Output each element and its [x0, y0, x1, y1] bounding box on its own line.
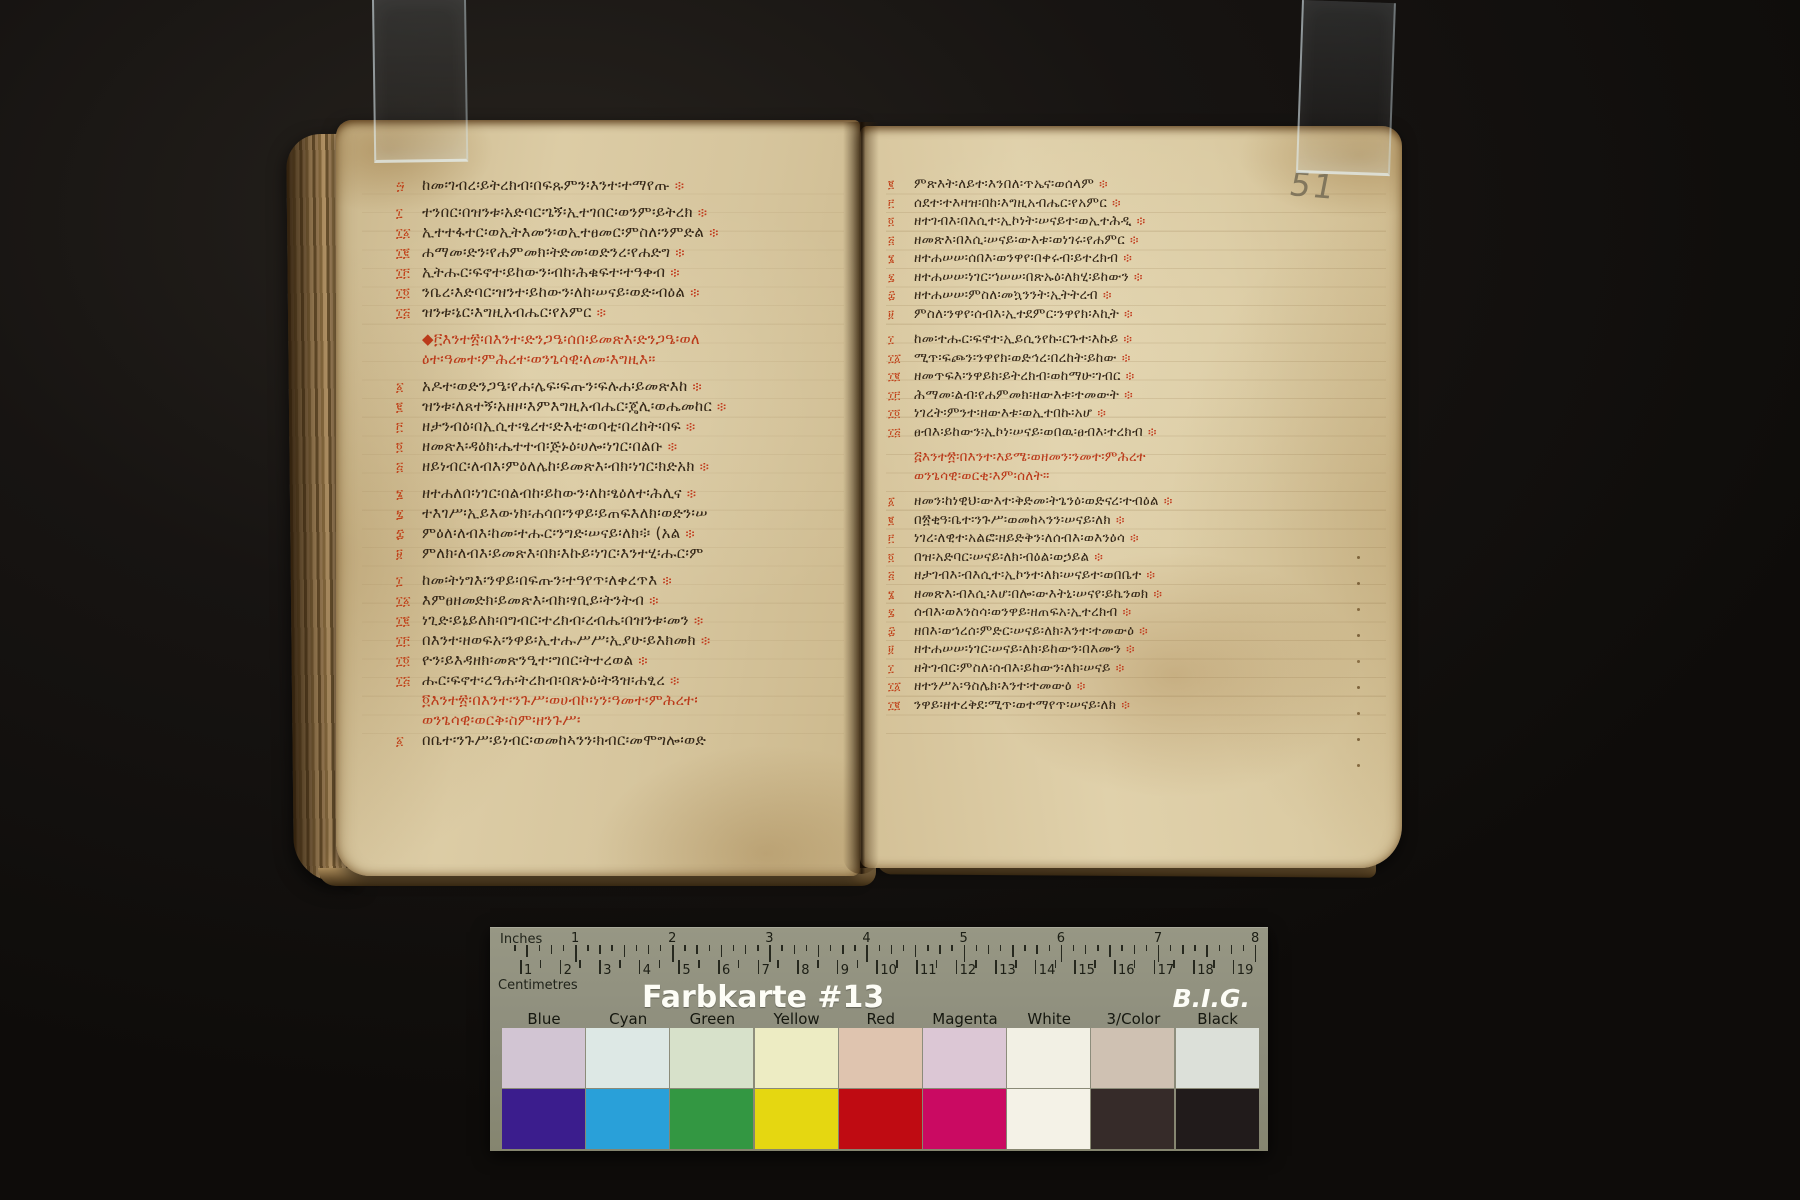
cm-tick [956, 960, 958, 974]
swatch-label: 3/Color [1091, 1010, 1175, 1028]
text-line: ፲፩ሚጥ፡ፍጮን፡ንዋየክ፡ወድኅረ፡በረከት፡ይከው፨ [888, 350, 1358, 369]
text-line: ፲ከመ፡ተሑር፡ፍኖተ፡ኢይሲንየኩ፡ርጉተ፡እኩይ፨ [888, 331, 1358, 350]
inch-tick [879, 945, 881, 951]
line-number: ፯ [396, 507, 422, 522]
line-number: ፪ [396, 400, 422, 415]
glass-strip-right [1296, 0, 1396, 176]
cm-number: 19 [1237, 963, 1254, 978]
line-number: ፲ [888, 662, 914, 676]
line-number: ፬ [888, 215, 914, 229]
text-line: ፯ተእገሥ፡ኢይእውነክ፡ሐሳበ፡ንዋይ፡ይጠፍእለክ፡ወድን፡ሠ [396, 504, 852, 524]
cm-tick [659, 960, 661, 968]
line-text: ዘተሐሠሠ፡ነገር፡ኀሠሠ፡በጽኡዕ፡ለክሂ፡ይከውን [914, 269, 1129, 285]
swatch-top-magenta [923, 1028, 1006, 1088]
line-end-mark: ፨ [649, 594, 659, 609]
line-text: በዝ፡አድባር፡ሠናይ፡ለክ፡ብዕል፡ወኃይል [914, 549, 1089, 565]
line-text: ዝንቱ፡ለጸተኝ፡አዘዞ፡እምእግዚአብሔር፡ጄሊ፡ወሔመከር [422, 397, 712, 415]
line-text: ዘተሐሠሠ፡ምስለ፡መኳንንት፡ኢትትረብ [914, 287, 1098, 303]
text-line: ፪በ፳ቂዓ፡ቤተ፡ንጉሥ፡ወመከኣንን፡ሠናይ፡ለክ፨ [888, 512, 1358, 531]
cm-tick [837, 960, 839, 974]
line-end-mark: ፨ [1154, 587, 1163, 602]
text-line: ፲ዘትገብር፡ምስለ፡ሰብእ፡ይከውን፡ለክ፡ሠናይ፨ [888, 660, 1358, 679]
line-end-mark: ፨ [1164, 494, 1173, 509]
book-gutter [843, 122, 879, 874]
inch-tick [575, 945, 577, 962]
line-text: ተእገሥ፡ኢይእውነክ፡ሐሳበ፡ንዋይ፡ይጠፍእለክ፡ወድን፡ሠ [422, 504, 708, 522]
inch-number: 5 [960, 931, 968, 946]
cm-tick [1154, 960, 1156, 974]
cm-tick [698, 960, 700, 968]
inch-tick [842, 945, 844, 954]
line-text: ዘመጽእ፡በእሲ፡ሠናይ፡ውእቱ፡ወነገሩ፡የሐምር [914, 232, 1125, 248]
text-line: ፭ዘይነብር፡ለብእ፡ምዕለሌከ፡ይመጽእ፡ብክ፡ነገር፡ክድአክ፨ [396, 457, 852, 477]
swatch-label: Blue [502, 1010, 586, 1028]
line-number: ፬ [396, 440, 422, 455]
line-number: ፱ [888, 308, 914, 322]
line-text: ምለክ፡ለብእ፡ይመጽእ፡በክ፡እኩይ፡ነገር፡እንተሂ፡ሑር፡ም [422, 544, 704, 562]
text-line: ፪ዝንቱ፡ለጸተኝ፡አዘዞ፡እምእግዚአብሔር፡ጄሊ፡ወሔመከር፨ [396, 397, 852, 417]
cm-tick [758, 960, 760, 974]
swatch-bottom-cyan [586, 1089, 669, 1149]
swatch-top-yellow [755, 1028, 838, 1088]
line-end-mark: ፨ [1123, 605, 1132, 620]
line-text: ፀብእ፡ይከውን፡ኢኮነ፡ሠናይ፡ወበዉ፡ፀብእ፡ተረክብ [914, 424, 1143, 440]
swatch-bottom-blue [502, 1089, 585, 1149]
line-number: ፲፫ [396, 266, 422, 281]
cm-tick [797, 960, 799, 974]
line-text: ዕተ፡ዓመተ፡ምሕረተ፡ወንጌሳዊ፡ለመ፡እግዚእ። [422, 350, 656, 368]
text-line: ፰ዘተሐሠሠ፡ምስለ፡መኳንንት፡ኢትትረብ፨ [888, 287, 1358, 306]
line-number: ፲፬ [396, 654, 422, 669]
line-number: ፫ [396, 420, 422, 435]
cm-tick [678, 960, 680, 974]
line-number: ፲፫ [396, 634, 422, 649]
glass-strip-left [372, 0, 468, 163]
inch-tick [709, 945, 711, 951]
cm-tick [1055, 960, 1057, 968]
cm-tick [975, 960, 977, 968]
line-number: ፮ [888, 252, 914, 266]
line-text: ሰብእ፡ወእንስሳ፡ወንዋይ፡ዘጠፍአ፡ኢተረክብ [914, 604, 1118, 620]
photo-backdrop: ፵ከመ፡ገብረ፡ይትረክብ፡በፍጹምን፡እንተ፡ተማየጡ፨፲ተንበር፡በዝንቱ፡… [0, 0, 1800, 1200]
line-end-mark: ፨ [1116, 661, 1125, 676]
cm-number: 15 [1078, 963, 1095, 978]
line-number: ፲፫ [888, 389, 914, 403]
line-end-mark: ፨ [1124, 307, 1133, 322]
inch-number: 7 [1154, 931, 1162, 946]
line-end-mark: ፨ [1099, 177, 1108, 192]
line-end-mark: ፨ [638, 654, 648, 669]
line-end-mark: ፨ [1134, 270, 1143, 285]
cm-tick [579, 960, 581, 968]
text-line: ፲፫ሕማመ፡ልብ፡የሐምመክ፡ዘውእቱ፡ተመውት፨ [888, 387, 1358, 406]
color-calibration-card: Inches Centimetres 123456781234567891011… [490, 927, 1268, 1151]
cm-tick [560, 960, 562, 974]
line-number: ፩ [396, 380, 422, 395]
inch-tick [733, 945, 735, 951]
line-number: ፫ [888, 197, 914, 211]
cm-tick [718, 960, 720, 974]
line-number: ፲፬ [888, 407, 914, 421]
line-number: ፭ [888, 234, 914, 248]
line-text: ◆፫እንተ፳፡በእንተ፡ድንጋዔ፡ሰበ፡ይመጽእ፡ድንጋዔ፡ወለ [422, 330, 700, 348]
line-text: ዘተገብእ፡በእሲተ፡ኢኮነት፡ሠናይተ፡ወኢተሕዲ [914, 213, 1132, 229]
cm-tick [896, 960, 898, 968]
cm-tick [599, 960, 601, 974]
line-number: ፵ [396, 179, 422, 194]
line-text: ከመ፡ገብረ፡ይትረክብ፡በፍጹምን፡እንተ፡ተማየጡ [422, 176, 670, 194]
line-number: ፰ [888, 289, 914, 303]
line-text: ዘተሐሠሠ፡ሰበእ፡ወንዋየ፡በቀሩብ፡ይተረክብ [914, 250, 1118, 266]
line-text: ዝንቱ፡ኔር፡እግዚአብሔር፡የአምር [422, 303, 592, 321]
line-number: ፲፪ [888, 370, 914, 384]
inch-tick [526, 945, 528, 957]
text-line: ፩አዶተ፡ወድንጋዔ፡የሐ፡ሌፍ፡ፍጡን፡ፍሉሐ፡ይመጽእከ፨ [396, 377, 852, 397]
inch-tick [927, 945, 929, 951]
cm-number: 13 [999, 963, 1016, 978]
line-text: ከመ፡ተሑር፡ፍኖተ፡ኢይሲንየኩ፡ርጉተ፡እኩይ [914, 331, 1118, 347]
text-line: ፮ዘተሐሠሠ፡ሰበእ፡ወንዋየ፡በቀሩብ፡ይተረክብ፨ [888, 250, 1358, 269]
inch-tick [514, 945, 516, 951]
inch-tick [1049, 945, 1051, 951]
line-end-mark: ፨ [670, 674, 680, 689]
text-line: ፱ምለክ፡ለብእ፡ይመጽእ፡በክ፡እኩይ፡ነገር፡እንተሂ፡ሑር፡ም [396, 544, 852, 564]
cm-tick [619, 960, 621, 968]
cm-number: 3 [603, 963, 611, 978]
swatch-label: Black [1176, 1010, 1260, 1028]
line-number: ፲፩ [888, 352, 914, 366]
line-end-mark: ፨ [1112, 196, 1121, 211]
line-number: ፫ [888, 532, 914, 546]
cm-tick [995, 960, 997, 974]
line-number: ፲፪ [396, 614, 422, 629]
inch-tick [1000, 945, 1002, 951]
inch-tick [648, 945, 650, 954]
text-line: ፲፭ሑር፡ፍኖተ፡ረዓሐ፡ትረክብ፡በጽኑዕ፡ትጓዝ፡ሐፂረ፨ [396, 671, 852, 691]
swatch-top-black [1176, 1028, 1259, 1088]
inch-tick [781, 945, 783, 951]
cm-tick [936, 960, 938, 968]
cm-tick [1074, 960, 1076, 974]
inch-tick [1109, 945, 1111, 957]
line-text: ሚጥ፡ፍጮን፡ንዋየክ፡ወድኅረ፡በረከት፡ይከው [914, 350, 1117, 366]
inch-tick [1170, 945, 1172, 951]
line-end-mark: ፨ [668, 440, 678, 455]
inch-tick [551, 945, 553, 954]
line-text: ሐማመ፡ድን፡የሐምመክ፡ትድመ፡ወድንረ፡የሐድግ [422, 243, 670, 261]
cm-tick [777, 960, 779, 968]
rubric-line: ወንጌሳዊ፡ወርቂ፡እም፡ሰለት። [888, 468, 1358, 487]
line-end-mark: ፨ [686, 420, 696, 435]
rubric-line: ወንጌሳዊ፡ወርቅ፡ስም፡ዘንጉሥ፡ [396, 711, 852, 731]
line-number: ፲ [396, 206, 422, 221]
line-number: ፲፪ [396, 246, 422, 261]
swatch-label: Yellow [755, 1010, 839, 1028]
text-line: ፯ዘተሐሠሠ፡ነገር፡ኀሠሠ፡በጽኡዕ፡ለክሂ፡ይከውን፨ [888, 269, 1358, 288]
line-text: ሰደተ፡ተእዛዝ፡በከ፡እግዚአብሔር፡የአምር [914, 195, 1107, 211]
cm-tick [1114, 960, 1116, 974]
inch-tick [939, 945, 941, 954]
cm-tick [1134, 960, 1136, 968]
swatch-bottom-yellow [755, 1089, 838, 1149]
line-end-mark: ፨ [1121, 698, 1130, 713]
text-line: ፪ምጽእት፡ለይተ፡እንበለ፡ጥኤና፡ወሰላም፨ [888, 176, 1358, 195]
text-line: ፬ዘመጽእ፡ዳዕክ፡ሔተተብ፡ጅኑዕ፡ሀሎ፡ነገር፡በልቡ፨ [396, 437, 852, 457]
inch-tick [1243, 945, 1245, 951]
line-text: ዘመጥፍእ፡ንዋይክ፡ይትረክብ፡ወከማሁ፡ገብር [914, 368, 1121, 384]
inch-tick [696, 945, 698, 954]
line-end-mark: ፨ [1126, 369, 1135, 384]
inch-tick [624, 945, 626, 957]
line-end-mark: ፨ [693, 380, 703, 395]
line-number: ፲ [888, 333, 914, 347]
inch-tick [988, 945, 990, 954]
rubric-line: ፭እንተ፳፡በእንተ፡እይሜ፡ወዘመን፡ንመተ፡ምሕረተ [888, 449, 1358, 468]
inch-number: 1 [571, 931, 579, 946]
text-line: ፲፭ዝንቱ፡ኔር፡እግዚአብሔር፡የአምር፨ [396, 303, 852, 323]
line-end-mark: ፨ [687, 487, 697, 502]
text-line: ፱ምስለ፡ንዋየ፡ሰብእ፡ኢተደምር፡ንዋየክ፡እኪት፨ [888, 306, 1358, 325]
inch-tick [1061, 945, 1063, 962]
line-text: ዘተሐለበ፡ነገር፡በልብከ፡ይከውን፡ለከ፡ፄዕለተ፡ሕሊና [422, 484, 682, 502]
rubric-line: ፬እንተ፳፡በእንተ፡ንጉሥ፡ወሀብኮ፡ነን፡ዓመተ፡ምሕረተ፡ [396, 691, 852, 711]
cm-tick [876, 960, 878, 974]
inch-tick [684, 945, 686, 951]
swatch-label: Green [670, 1010, 754, 1028]
swatch-label: Cyan [586, 1010, 670, 1028]
inch-tick [1121, 945, 1123, 951]
line-end-mark: ፨ [1077, 679, 1086, 694]
inch-tick [563, 945, 565, 951]
line-number: ፲፩ [396, 226, 422, 241]
inch-tick [1158, 945, 1160, 962]
line-number: ፬ [888, 551, 914, 565]
cm-tick [1015, 960, 1017, 968]
line-text: ኢትሑር፡ፍኖተ፡ይከውን፡ብከ፡ሕቁፍተ፡ተዓቀብ [422, 263, 665, 281]
line-text: በቤተ፡ንጉሥ፡ይነብር፡ወመከኣንን፡ክብር፡መሞግሎ፡ወድ [422, 731, 706, 749]
swatch-top-cyan [586, 1028, 669, 1088]
line-number: ፲፪ [888, 699, 914, 713]
inch-tick [1085, 945, 1087, 954]
line-end-mark: ፨ [1097, 406, 1106, 421]
cm-number: 1 [524, 963, 532, 978]
text-line: ፩ዘመን፡ከነዊህ፡ውእተ፡ቅድመ፡ትጌንዕ፡ወድናረ፡ተብዕል፨ [888, 493, 1358, 512]
rubric-line: ዕተ፡ዓመተ፡ምሕረተ፡ወንጌሳዊ፡ለመ፡እግዚእ። [396, 350, 852, 370]
cm-tick [916, 960, 918, 974]
text-line: ፲፪ንዋይ፡ዘተረቅደ፡ሚጥ፡ወተማየጥ፡ሠናይ፡ለክ፨ [888, 697, 1358, 716]
line-number: ፭ [396, 460, 422, 475]
text-line: ፫ሰደተ፡ተእዛዝ፡በከ፡እግዚአብሔር፡የአምር፨ [888, 195, 1358, 214]
cm-tick [1094, 960, 1096, 968]
swatch-bottom-3-color [1091, 1089, 1174, 1149]
cm-tick [1193, 960, 1195, 974]
inch-number: 2 [668, 931, 676, 946]
inch-tick [745, 945, 747, 954]
line-text: ዘመጽእ፡ብእሲ፡እሆ፡በሎ፡ውእትኒ፡ሠናየ፡ይኬንወክ [914, 586, 1149, 602]
inch-tick [1146, 945, 1148, 951]
inch-tick [854, 945, 856, 951]
right-page-text: ፪ምጽእት፡ለይተ፡እንበለ፡ጥኤና፡ወሰላም፨፫ሰደተ፡ተእዛዝ፡በከ፡እግዚ… [888, 176, 1358, 715]
inch-number: 8 [1251, 931, 1259, 946]
line-number: ፲፩ [888, 680, 914, 694]
line-text: ምስለ፡ንዋየ፡ሰብእ፡ኢተደምር፡ንዋየክ፡እኪት [914, 306, 1119, 322]
inch-tick [903, 945, 905, 951]
line-end-mark: ፨ [1123, 251, 1132, 266]
line-end-mark: ፨ [698, 206, 708, 221]
swatch-top-3-color [1091, 1028, 1174, 1088]
inch-tick [1231, 945, 1233, 954]
text-line: ፭ዘታገብእ፡ብእሲተ፡ኢኮንተ፡ለክ፡ሠናይተ፡ወበቤተ፨ [888, 567, 1358, 586]
text-line: ፬ዘተገብእ፡በእሲተ፡ኢኮነት፡ሠናይተ፡ወኢተሕዲ፨ [888, 213, 1358, 232]
inch-tick [769, 945, 771, 962]
inch-tick [1182, 945, 1184, 954]
line-number: ፭ [888, 569, 914, 583]
swatch-label: Red [839, 1010, 923, 1028]
text-line: ፲፪ነጊድ፡ይኔይለክ፡በግብር፡ተረክብ፡ረብሔ፡በዝንቱ፡መን፨ [396, 611, 852, 631]
line-number: ፲፭ [396, 306, 422, 321]
cm-tick [817, 960, 819, 968]
line-text: ወንጌሳዊ፡ወርቅ፡ስም፡ዘንጉሥ፡ [422, 711, 581, 729]
text-line: ፬በዝ፡አድባር፡ሠናይ፡ለክ፡ብዕል፡ወኃይል፨ [888, 549, 1358, 568]
swatch-bottom-green [670, 1089, 753, 1149]
text-line: ፰ዘበእ፡ወኀረሰ፡ምድር፡ሠናይ፡ለክ፡እንተ፡ተመውዕ፨ [888, 623, 1358, 642]
line-text: ወንጌሳዊ፡ወርቂ፡እም፡ሰለት። [914, 468, 1050, 484]
line-text: ነገረት፡ምንተ፡ዘውእቱ፡ወኢተበኩ፡አሆ [914, 405, 1092, 421]
line-end-mark: ፨ [675, 246, 685, 261]
inch-tick [636, 945, 638, 951]
line-text: ንቤረ፡እድባር፡ዝንተ፡ይከውን፡ለከ፡ሠናይ፡ወድ፡ብዕል [422, 283, 685, 301]
cm-tick [520, 960, 522, 974]
cm-tick [857, 960, 859, 968]
line-text: ሕማመ፡ልብ፡የሐምመክ፡ዘውእቱ፡ተመውት [914, 387, 1119, 403]
line-end-mark: ፨ [1103, 288, 1112, 303]
line-number: ፲፭ [396, 674, 422, 689]
line-text: ዘታንብዕ፡በኢሲተ፡ፄረተ፡ድእቲ፡ወባቲ፡በረከት፡በፍ [422, 417, 681, 435]
line-text: ነገረ፡ለዊተ፡አልፎ፡ዘይድቅን፡ለሰብእ፡ወእንዕሳ [914, 530, 1125, 546]
left-page-text: ፵ከመ፡ገብረ፡ይትረክብ፡በፍጹምን፡እንተ፡ተማየጡ፨፲ተንበር፡በዝንቱ፡… [396, 176, 852, 751]
swatch-top-blue [502, 1028, 585, 1088]
inch-tick [1024, 945, 1026, 951]
inch-tick [611, 945, 613, 951]
line-end-mark: ፨ [1148, 425, 1157, 440]
inches-label: Inches [500, 932, 542, 947]
inch-number: 6 [1057, 931, 1065, 946]
cm-number: 8 [801, 963, 809, 978]
inch-number: 3 [765, 931, 773, 946]
cm-number: 18 [1197, 963, 1214, 978]
inch-tick [587, 945, 589, 951]
line-end-mark: ፨ [662, 574, 672, 589]
line-end-mark: ፨ [670, 266, 680, 281]
line-text: ነጊድ፡ይኔይለክ፡በግብር፡ተረክብ፡ረብሔ፡በዝንቱ፡መን [422, 611, 689, 629]
text-line: ፲፬ንቤረ፡እድባር፡ዝንተ፡ይከውን፡ለከ፡ሠናይ፡ወድ፡ብዕል፨ [396, 283, 852, 303]
line-end-mark: ፨ [717, 400, 727, 415]
text-line: ፲፪ዘመጥፍእ፡ንዋይክ፡ይትረክብ፡ወከማሁ፡ገብር፨ [888, 368, 1358, 387]
inch-tick [806, 945, 808, 951]
text-line: ፲፬ዮን፡ይእዳዘክ፡መጽንዒተ፡ግበር፡ትተረወል፨ [396, 651, 852, 671]
line-end-mark: ፨ [709, 226, 719, 241]
line-text: ኢተተፋተር፡ወኢትእመን፡ወኢተፀመር፡ምስለ፡ንምድል [422, 223, 704, 241]
line-text: ፭እንተ፳፡በእንተ፡እይሜ፡ወዘመን፡ንመተ፡ምሕረተ [914, 449, 1146, 465]
inch-tick [964, 945, 966, 962]
line-number: ፰ [888, 625, 914, 639]
cm-tick [540, 960, 542, 968]
manuscript-page-right: 51 ፪ምጽእት፡ለይተ፡እንበለ፡ጥኤና፡ወሰላም፨፫ሰደተ፡ተእዛዝ፡በከ፡… [860, 126, 1402, 868]
text-line: ፲ተንበር፡በዝንቱ፡አድባር፡ጌኝ፡ኢተገበር፡ወንም፡ይትረክ፨ [396, 203, 852, 223]
line-text: ዘተሐሠሠ፡ነገር፡ሠናይ፡ለክ፡ይከውን፡በእሙን [914, 641, 1121, 657]
line-text: ዘበእ፡ወኀረሰ፡ምድር፡ሠናይ፡ለክ፡እንተ፡ተመውዕ [914, 623, 1134, 639]
inch-tick [1219, 945, 1221, 951]
line-end-mark: ፨ [701, 634, 711, 649]
text-line: ፯ሰብእ፡ወእንስሳ፡ወንዋይ፡ዘጠፍአ፡ኢተረክብ፨ [888, 604, 1358, 623]
text-line: ፵ከመ፡ገብረ፡ይትረክብ፡በፍጹምን፡እንተ፡ተማየጡ፨ [396, 176, 852, 196]
line-end-mark: ፨ [675, 179, 685, 194]
cm-number: 6 [722, 963, 730, 978]
swatch-bottom-black [1176, 1089, 1259, 1149]
inch-tick [660, 945, 662, 951]
line-number: ፱ [888, 643, 914, 657]
line-text: ምጽእት፡ለይተ፡እንበለ፡ጥኤና፡ወሰላም [914, 176, 1094, 192]
text-line: ፲፩እምፀዘመድክ፡ይመጽእ፡ብክ፡ፃቢይ፡ትንትብ፨ [396, 591, 852, 611]
line-number: ፪ [888, 514, 914, 528]
line-end-mark: ፨ [1130, 233, 1139, 248]
swatch-top-green [670, 1028, 753, 1088]
inch-tick [915, 945, 917, 957]
text-line: ፲፫በእንተ፡ዘወፍአ፡ንዋይ፡ኢተሑሥሥ፡ኢያሁ፡ይእክመክ፨ [396, 631, 852, 651]
centimetres-label: Centimetres [498, 978, 578, 993]
inch-tick [1255, 945, 1257, 962]
line-end-mark: ፨ [700, 460, 710, 475]
text-line: ፭ዘመጽእ፡በእሲ፡ሠናይ፡ውእቱ፡ወነገሩ፡የሐምር፨ [888, 232, 1358, 251]
swatch-label: White [1007, 1010, 1091, 1028]
line-text: ዘመን፡ከነዊህ፡ውእተ፡ቅድመ፡ትጌንዕ፡ወድናረ፡ተብዕል [914, 493, 1159, 509]
cm-tick [738, 960, 740, 968]
swatch-bottom-white [1007, 1089, 1090, 1149]
inch-number: 4 [862, 931, 870, 946]
cm-tick [1173, 960, 1175, 968]
line-text: ዮን፡ይእዳዘክ፡መጽንዒተ፡ግበር፡ትተረወል [422, 651, 633, 669]
cm-tick [1035, 960, 1037, 974]
line-number: ፯ [888, 271, 914, 285]
line-end-mark: ፨ [597, 306, 607, 321]
line-text: ሑር፡ፍኖተ፡ረዓሐ፡ትረክብ፡በጽኑዕ፡ትጓዝ፡ሐፂረ [422, 671, 665, 689]
cm-number: 9 [841, 963, 849, 978]
line-end-mark: ፨ [1122, 351, 1131, 366]
cm-number: 7 [762, 963, 770, 978]
text-line: ፲፬ነገረት፡ምንተ፡ዘውእቱ፡ወኢተበኩ፡አሆ፨ [888, 405, 1358, 424]
card-brand: B.I.G. [1173, 984, 1250, 1013]
inch-tick [539, 945, 541, 951]
line-text: ፬እንተ፳፡በእንተ፡ንጉሥ፡ወሀብኮ፡ነን፡ዓመተ፡ምሕረተ፡ [422, 691, 698, 709]
inch-tick [599, 945, 601, 954]
line-number: ፮ [396, 487, 422, 502]
line-text: በእንተ፡ዘወፍአ፡ንዋይ፡ኢተሑሥሥ፡ኢያሁ፡ይእክመክ [422, 631, 696, 649]
text-line: ፲፪ሐማመ፡ድን፡የሐምመክ፡ትድመ፡ወድንረ፡የሐድግ፨ [396, 243, 852, 263]
line-text: ተንበር፡በዝንቱ፡አድባር፡ጌኝ፡ኢተገበር፡ወንም፡ይትረክ [422, 203, 693, 221]
text-line: ፲፫ኢትሑር፡ፍኖተ፡ይከውን፡ብከ፡ሕቁፍተ፡ተዓቀብ፨ [396, 263, 852, 283]
text-line: ፲፩ኢተተፋተር፡ወኢትእመን፡ወኢተፀመር፡ምስለ፡ንምድል፨ [396, 223, 852, 243]
inch-tick [721, 945, 723, 957]
cm-tick [639, 960, 641, 974]
swatch-label: Magenta [923, 1010, 1007, 1028]
cm-number: 12 [960, 963, 977, 978]
inch-tick [1012, 945, 1014, 957]
line-number: ፰ [396, 527, 422, 542]
cm-number: 5 [682, 963, 690, 978]
rubric-line: ◆፫እንተ፳፡በእንተ፡ድንጋዔ፡ሰበ፡ይመጽእ፡ድንጋዔ፡ወለ [396, 330, 852, 350]
line-number: ፲ [396, 574, 422, 589]
text-line: ፲፭ፀብእ፡ይከውን፡ኢኮነ፡ሠናይ፡ወበዉ፡ፀብእ፡ተረክብ፨ [888, 424, 1358, 443]
